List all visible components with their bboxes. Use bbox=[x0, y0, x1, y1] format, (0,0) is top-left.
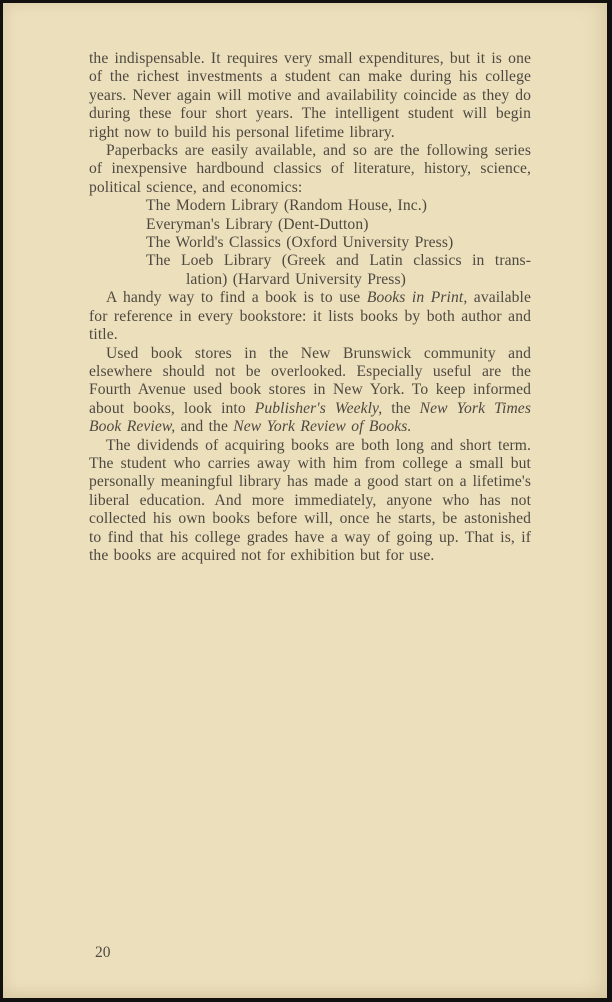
text-segment: The dividends of acquiring books are bot… bbox=[89, 437, 531, 564]
text-segment: and the bbox=[175, 418, 233, 435]
italic-title: Publisher's Weekly, bbox=[255, 400, 382, 417]
text-segment: the bbox=[382, 400, 419, 417]
book-list-line: The World's Classics (Oxford University … bbox=[89, 234, 531, 252]
book-list-line: The Modern Library (Random House, Inc.) bbox=[89, 197, 531, 215]
book-list-line: Everyman's Library (Dent-Dutton) bbox=[89, 216, 531, 234]
text-segment: A handy way to find a book is to use bbox=[106, 289, 367, 306]
book-list-line: The Loeb Library (Greek and Latin classi… bbox=[89, 252, 531, 270]
paragraph: Used book stores in the New Brunswick co… bbox=[89, 345, 531, 437]
page-content: the indispensable. It requires very smal… bbox=[89, 50, 531, 565]
paragraph: the indispensable. It requires very smal… bbox=[89, 50, 531, 142]
paragraph: Paperbacks are easily available, and so … bbox=[89, 142, 531, 197]
book-page: the indispensable. It requires very smal… bbox=[0, 0, 612, 1002]
paragraph: A handy way to find a book is to use Boo… bbox=[89, 289, 531, 344]
paragraph: The dividends of acquiring books are bot… bbox=[89, 437, 531, 566]
page-number: 20 bbox=[95, 944, 111, 962]
italic-title: Books in Print, bbox=[367, 289, 467, 306]
book-list-line: lation) (Harvard University Press) bbox=[89, 271, 531, 289]
text-segment: Paperbacks are easily available, and so … bbox=[89, 142, 531, 196]
text-segment: the indispensable. It requires very smal… bbox=[89, 50, 531, 141]
italic-title: New York Review of Books. bbox=[233, 418, 411, 435]
